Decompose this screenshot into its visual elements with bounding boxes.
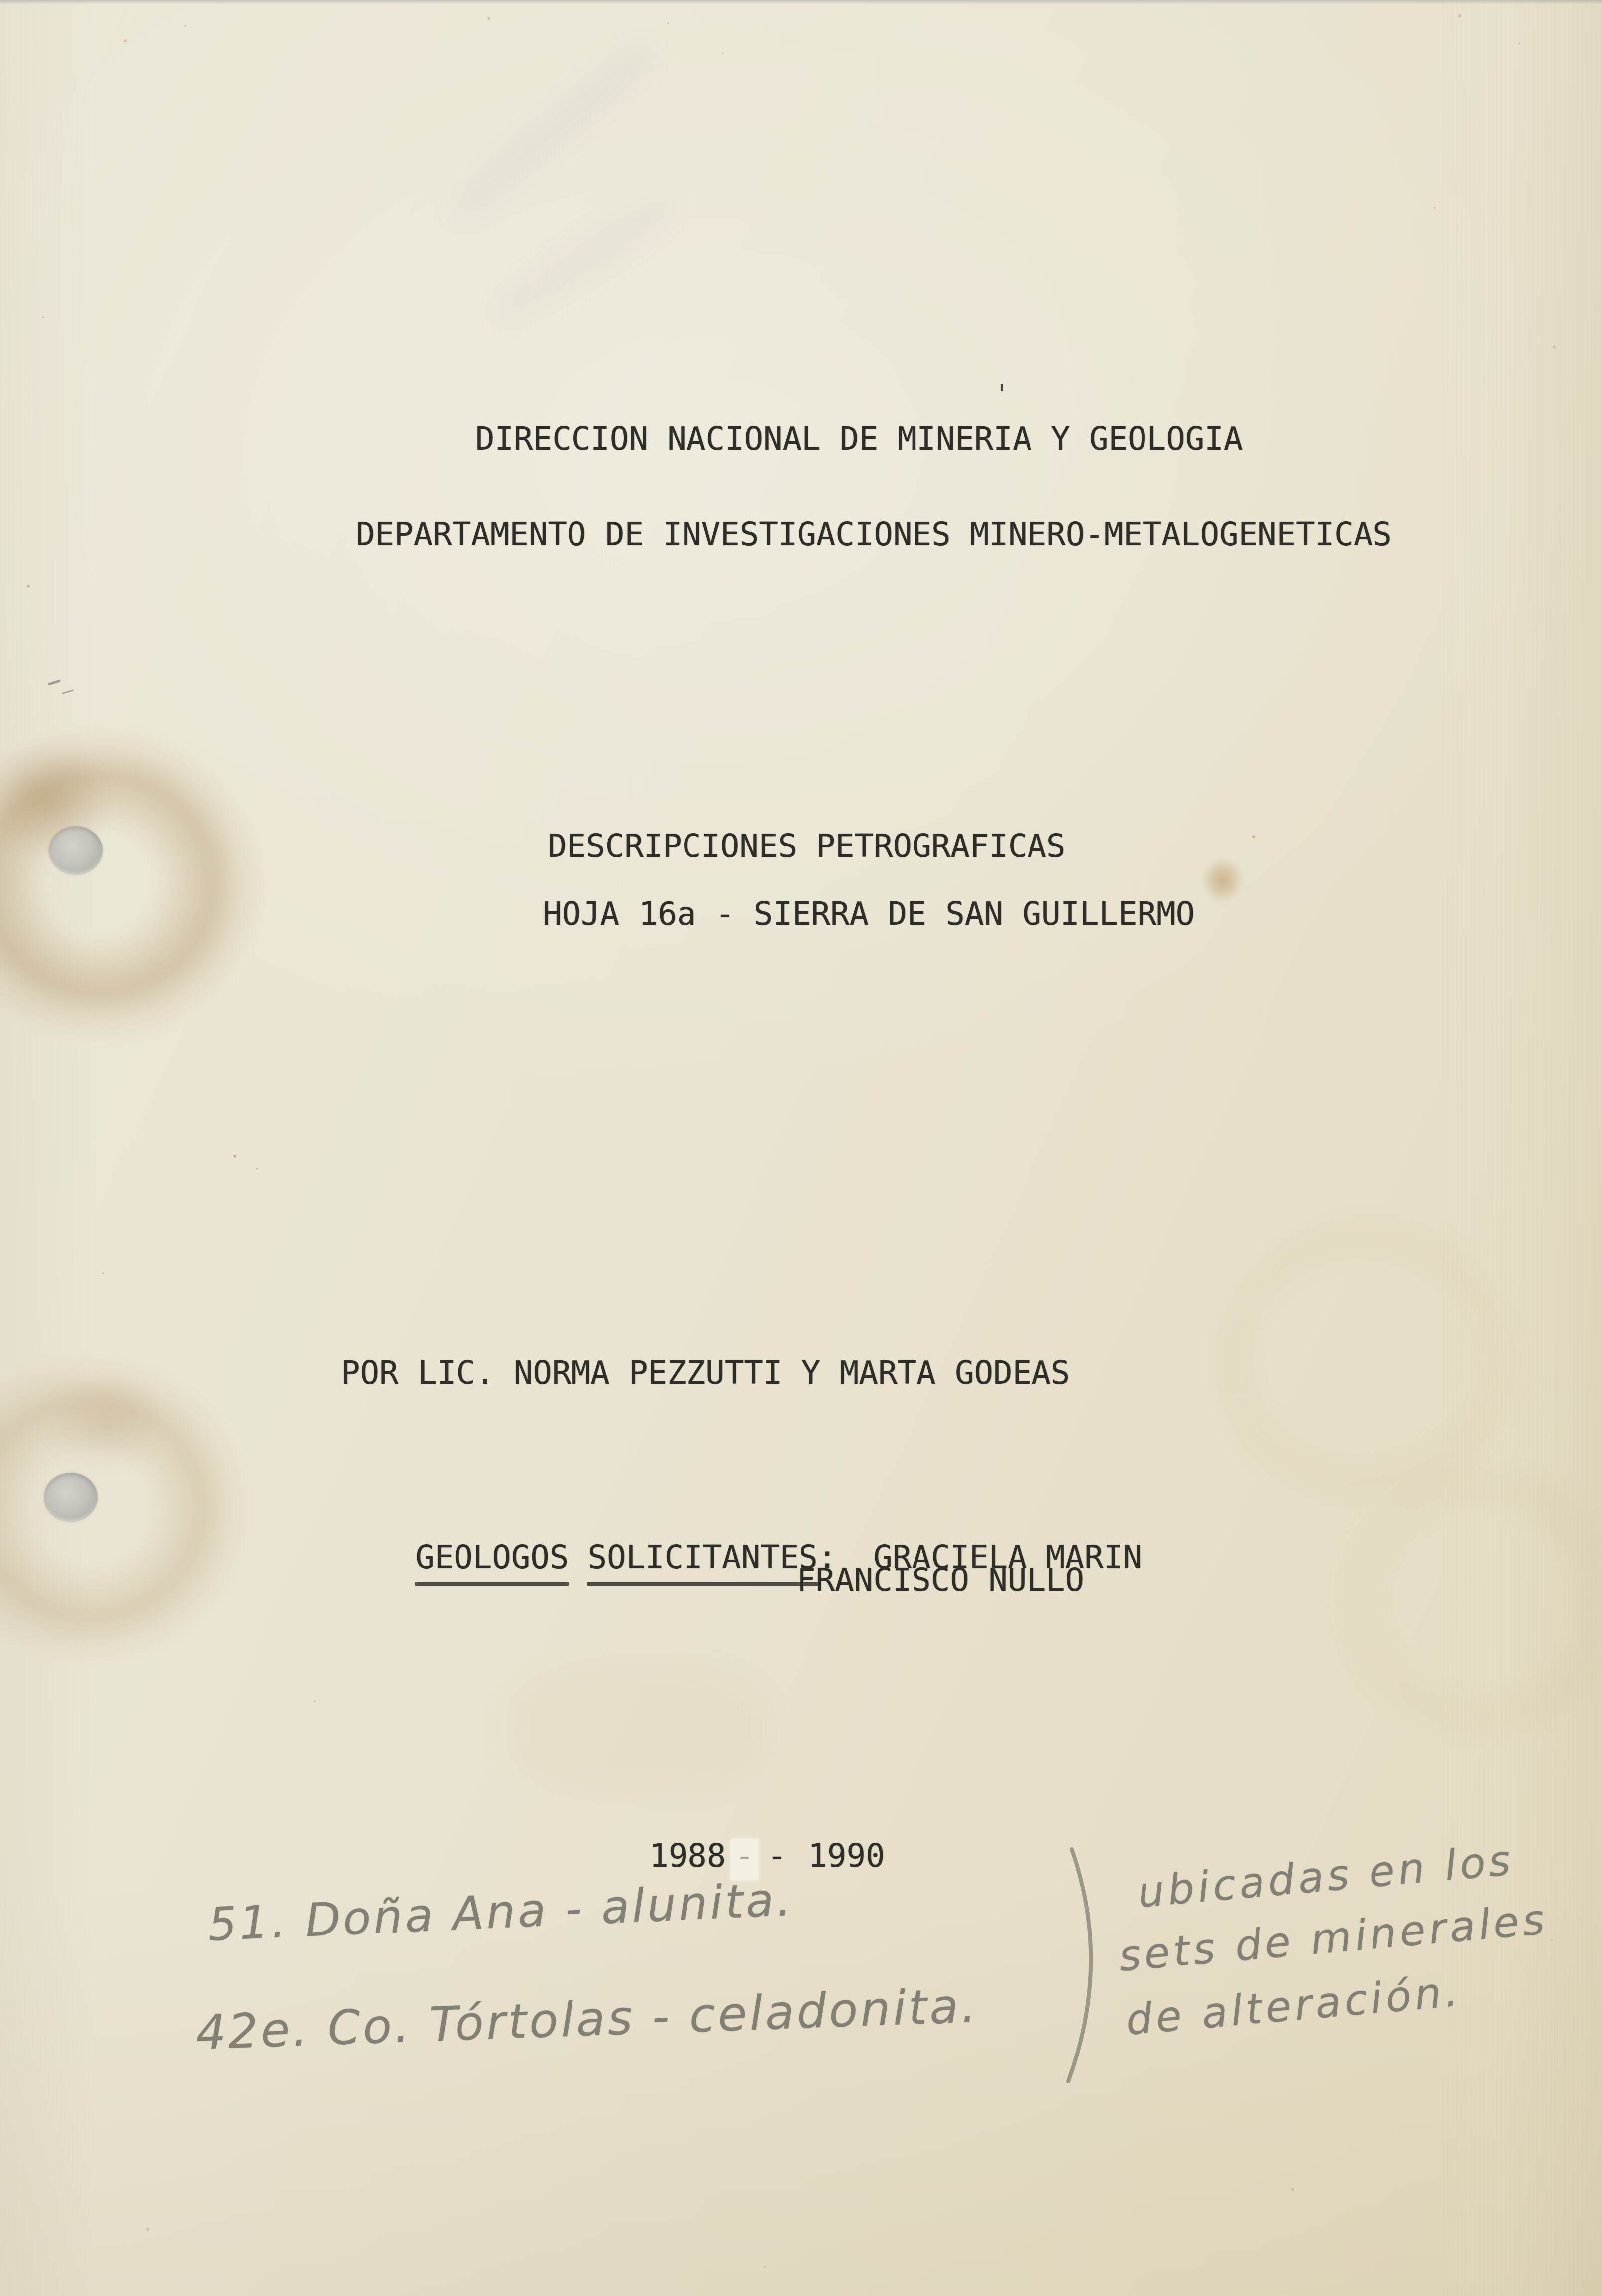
scanned-title-page: DIRECCION NACIONAL DE MINERIA Y GEOLOGIA… — [0, 0, 1602, 2296]
scan-vignette — [0, 0, 1602, 2296]
